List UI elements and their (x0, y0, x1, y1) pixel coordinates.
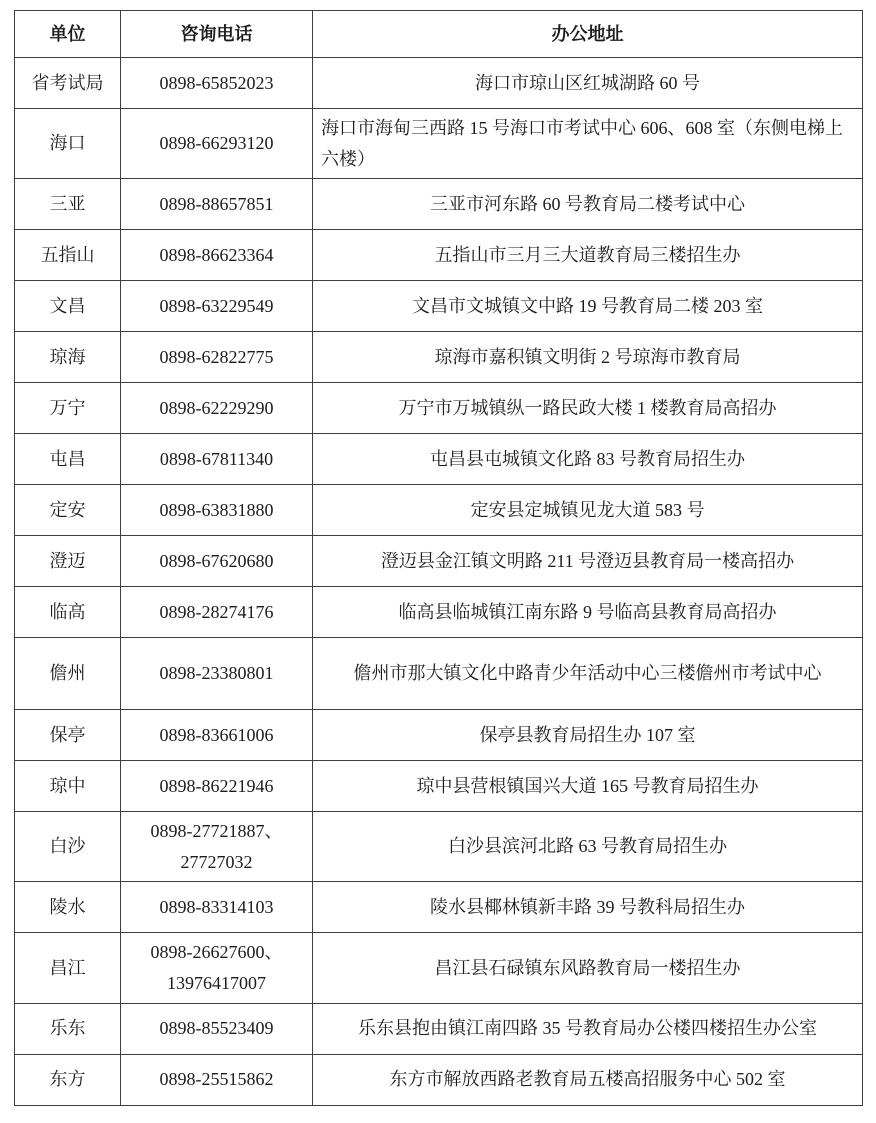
address-cell: 白沙县滨河北路 63 号教育局招生办 (313, 812, 863, 882)
table-row: 陵水0898-83314103陵水县椰林镇新丰路 39 号教科局招生办 (15, 882, 863, 933)
address-cell: 万宁市万城镇纵一路民政大楼 1 楼教育局高招办 (313, 383, 863, 434)
phone-cell: 0898-23380801 (121, 638, 313, 710)
address-cell: 文昌市文城镇文中路 19 号教育局二楼 203 室 (313, 281, 863, 332)
unit-cell: 保亭 (15, 710, 121, 761)
unit-cell: 万宁 (15, 383, 121, 434)
table-body: 省考试局0898-65852023海口市琼山区红城湖路 60 号海口0898-6… (15, 58, 863, 1106)
unit-cell: 东方 (15, 1054, 121, 1105)
address-cell: 海口市海甸三西路 15 号海口市考试中心 606、608 室（东侧电梯上六楼） (313, 109, 863, 179)
phone-cell: 0898-85523409 (121, 1003, 313, 1054)
table-row: 文昌0898-63229549文昌市文城镇文中路 19 号教育局二楼 203 室 (15, 281, 863, 332)
phone-cell: 0898-66293120 (121, 109, 313, 179)
table-row: 三亚0898-88657851三亚市河东路 60 号教育局二楼考试中心 (15, 179, 863, 230)
unit-cell: 儋州 (15, 638, 121, 710)
address-cell: 琼中县营根镇国兴大道 165 号教育局招生办 (313, 761, 863, 812)
table-row: 五指山0898-86623364五指山市三月三大道教育局三楼招生办 (15, 230, 863, 281)
phone-cell: 0898-88657851 (121, 179, 313, 230)
table-row: 省考试局0898-65852023海口市琼山区红城湖路 60 号 (15, 58, 863, 109)
phone-cell: 0898-62822775 (121, 332, 313, 383)
table-row: 昌江0898-26627600、 13976417007昌江县石碌镇东风路教育局… (15, 933, 863, 1003)
unit-cell: 省考试局 (15, 58, 121, 109)
phone-cell: 0898-63229549 (121, 281, 313, 332)
unit-cell: 海口 (15, 109, 121, 179)
phone-cell: 0898-28274176 (121, 587, 313, 638)
phone-cell: 0898-62229290 (121, 383, 313, 434)
address-cell: 琼海市嘉积镇文明街 2 号琼海市教育局 (313, 332, 863, 383)
col-header-phone: 咨询电话 (121, 11, 313, 58)
phone-cell: 0898-65852023 (121, 58, 313, 109)
table-row: 屯昌0898-67811340屯昌县屯城镇文化路 83 号教育局招生办 (15, 434, 863, 485)
address-cell: 昌江县石碌镇东风路教育局一楼招生办 (313, 933, 863, 1003)
table-row: 乐东0898-85523409乐东县抱由镇江南四路 35 号教育局办公楼四楼招生… (15, 1003, 863, 1054)
unit-cell: 昌江 (15, 933, 121, 1003)
table-row: 琼中0898-86221946琼中县营根镇国兴大道 165 号教育局招生办 (15, 761, 863, 812)
address-cell: 乐东县抱由镇江南四路 35 号教育局办公楼四楼招生办公室 (313, 1003, 863, 1054)
unit-cell: 白沙 (15, 812, 121, 882)
address-cell: 澄迈县金江镇文明路 211 号澄迈县教育局一楼高招办 (313, 536, 863, 587)
unit-cell: 临高 (15, 587, 121, 638)
address-cell: 屯昌县屯城镇文化路 83 号教育局招生办 (313, 434, 863, 485)
table-row: 保亭0898-83661006保亭县教育局招生办 107 室 (15, 710, 863, 761)
unit-cell: 琼中 (15, 761, 121, 812)
table-row: 儋州0898-23380801儋州市那大镇文化中路青少年活动中心三楼儋州市考试中… (15, 638, 863, 710)
phone-cell: 0898-25515862 (121, 1054, 313, 1105)
contact-table: 单位 咨询电话 办公地址 省考试局0898-65852023海口市琼山区红城湖路… (14, 10, 863, 1106)
phone-cell: 0898-67811340 (121, 434, 313, 485)
phone-cell: 0898-83661006 (121, 710, 313, 761)
phone-cell: 0898-63831880 (121, 485, 313, 536)
col-header-unit: 单位 (15, 11, 121, 58)
phone-cell: 0898-83314103 (121, 882, 313, 933)
table-row: 白沙0898-27721887、 27727032白沙县滨河北路 63 号教育局… (15, 812, 863, 882)
address-cell: 东方市解放西路老教育局五楼高招服务中心 502 室 (313, 1054, 863, 1105)
phone-cell: 0898-26627600、 13976417007 (121, 933, 313, 1003)
phone-cell: 0898-86221946 (121, 761, 313, 812)
unit-cell: 屯昌 (15, 434, 121, 485)
table-row: 海口0898-66293120海口市海甸三西路 15 号海口市考试中心 606、… (15, 109, 863, 179)
table-row: 琼海0898-62822775琼海市嘉积镇文明街 2 号琼海市教育局 (15, 332, 863, 383)
address-cell: 定安县定城镇见龙大道 583 号 (313, 485, 863, 536)
unit-cell: 琼海 (15, 332, 121, 383)
header-row: 单位 咨询电话 办公地址 (15, 11, 863, 58)
address-cell: 五指山市三月三大道教育局三楼招生办 (313, 230, 863, 281)
address-cell: 海口市琼山区红城湖路 60 号 (313, 58, 863, 109)
address-cell: 儋州市那大镇文化中路青少年活动中心三楼儋州市考试中心 (313, 638, 863, 710)
unit-cell: 定安 (15, 485, 121, 536)
address-cell: 三亚市河东路 60 号教育局二楼考试中心 (313, 179, 863, 230)
unit-cell: 澄迈 (15, 536, 121, 587)
unit-cell: 乐东 (15, 1003, 121, 1054)
phone-cell: 0898-67620680 (121, 536, 313, 587)
table-row: 东方0898-25515862东方市解放西路老教育局五楼高招服务中心 502 室 (15, 1054, 863, 1105)
table-row: 万宁0898-62229290万宁市万城镇纵一路民政大楼 1 楼教育局高招办 (15, 383, 863, 434)
table-row: 定安0898-63831880定安县定城镇见龙大道 583 号 (15, 485, 863, 536)
unit-cell: 陵水 (15, 882, 121, 933)
document-page: 单位 咨询电话 办公地址 省考试局0898-65852023海口市琼山区红城湖路… (0, 0, 876, 1123)
phone-cell: 0898-86623364 (121, 230, 313, 281)
unit-cell: 文昌 (15, 281, 121, 332)
table-row: 临高0898-28274176临高县临城镇江南东路 9 号临高县教育局高招办 (15, 587, 863, 638)
table-row: 澄迈0898-67620680澄迈县金江镇文明路 211 号澄迈县教育局一楼高招… (15, 536, 863, 587)
col-header-address: 办公地址 (313, 11, 863, 58)
address-cell: 保亭县教育局招生办 107 室 (313, 710, 863, 761)
unit-cell: 三亚 (15, 179, 121, 230)
address-cell: 陵水县椰林镇新丰路 39 号教科局招生办 (313, 882, 863, 933)
unit-cell: 五指山 (15, 230, 121, 281)
phone-cell: 0898-27721887、 27727032 (121, 812, 313, 882)
address-cell: 临高县临城镇江南东路 9 号临高县教育局高招办 (313, 587, 863, 638)
